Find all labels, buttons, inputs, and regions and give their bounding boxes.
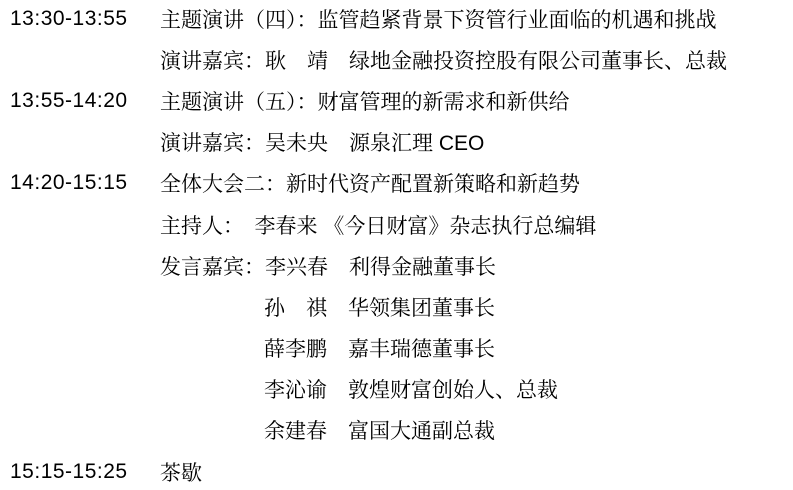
speaker-line: 李沁谕 敦煌财富创始人、总裁 [160,374,558,404]
speaker-line: 演讲嘉宾：吴未央 源泉汇理 CEO [160,127,484,157]
agenda-row: 李沁谕 敦煌财富创始人、总裁 [0,369,793,410]
agenda-row: 13:30-13:55 主题演讲（四）：监管趋紧背景下资管行业面临的机遇和挑战 [0,0,793,39]
agenda-row: 14:20-15:15 全体大会二：新时代资产配置新策略和新趋势 [0,163,793,204]
time-cell: 15:15-15:25 [0,460,160,484]
speaker-line: 发言嘉宾：李兴春 利得金融董事长 [160,251,496,281]
session-title: 全体大会二：新时代资产配置新策略和新趋势 [160,168,580,198]
speaker-line: 演讲嘉宾：耿 靖 绿地金融投资控股有限公司董事长、总裁 [160,45,727,75]
agenda-row: 13:55-14:20 主题演讲（五）：财富管理的新需求和新供给 [0,80,793,121]
agenda-row: 主持人： 李春来 《今日财富》杂志执行总编辑 [0,204,793,245]
time-cell: 13:55-14:20 [0,89,160,113]
conference-agenda: 13:30-13:55 主题演讲（四）：监管趋紧背景下资管行业面临的机遇和挑战 … [0,0,793,490]
moderator-line: 主持人： 李春来 《今日财富》杂志执行总编辑 [160,210,596,240]
time-cell: 14:20-15:15 [0,171,160,195]
speaker-line: 余建春 富国大通副总裁 [160,415,495,445]
session-title: 茶歇 [160,457,202,487]
agenda-row: 15:15-15:25 茶歇 [0,451,793,490]
agenda-row: 余建春 富国大通副总裁 [0,410,793,451]
agenda-row: 演讲嘉宾：耿 靖 绿地金融投资控股有限公司董事长、总裁 [0,39,793,80]
agenda-row: 发言嘉宾：李兴春 利得金融董事长 [0,245,793,286]
speaker-line: 薛李鹏 嘉丰瑞德董事长 [160,333,495,363]
session-title: 主题演讲（四）：监管趋紧背景下资管行业面临的机遇和挑战 [160,4,717,34]
agenda-row: 薛李鹏 嘉丰瑞德董事长 [0,328,793,369]
agenda-row: 孙 祺 华领集团董事长 [0,286,793,327]
agenda-row: 演讲嘉宾：吴未央 源泉汇理 CEO [0,122,793,163]
speaker-line: 孙 祺 华领集团董事长 [160,292,495,322]
session-title: 主题演讲（五）：财富管理的新需求和新供给 [160,86,570,116]
time-cell: 13:30-13:55 [0,7,160,31]
